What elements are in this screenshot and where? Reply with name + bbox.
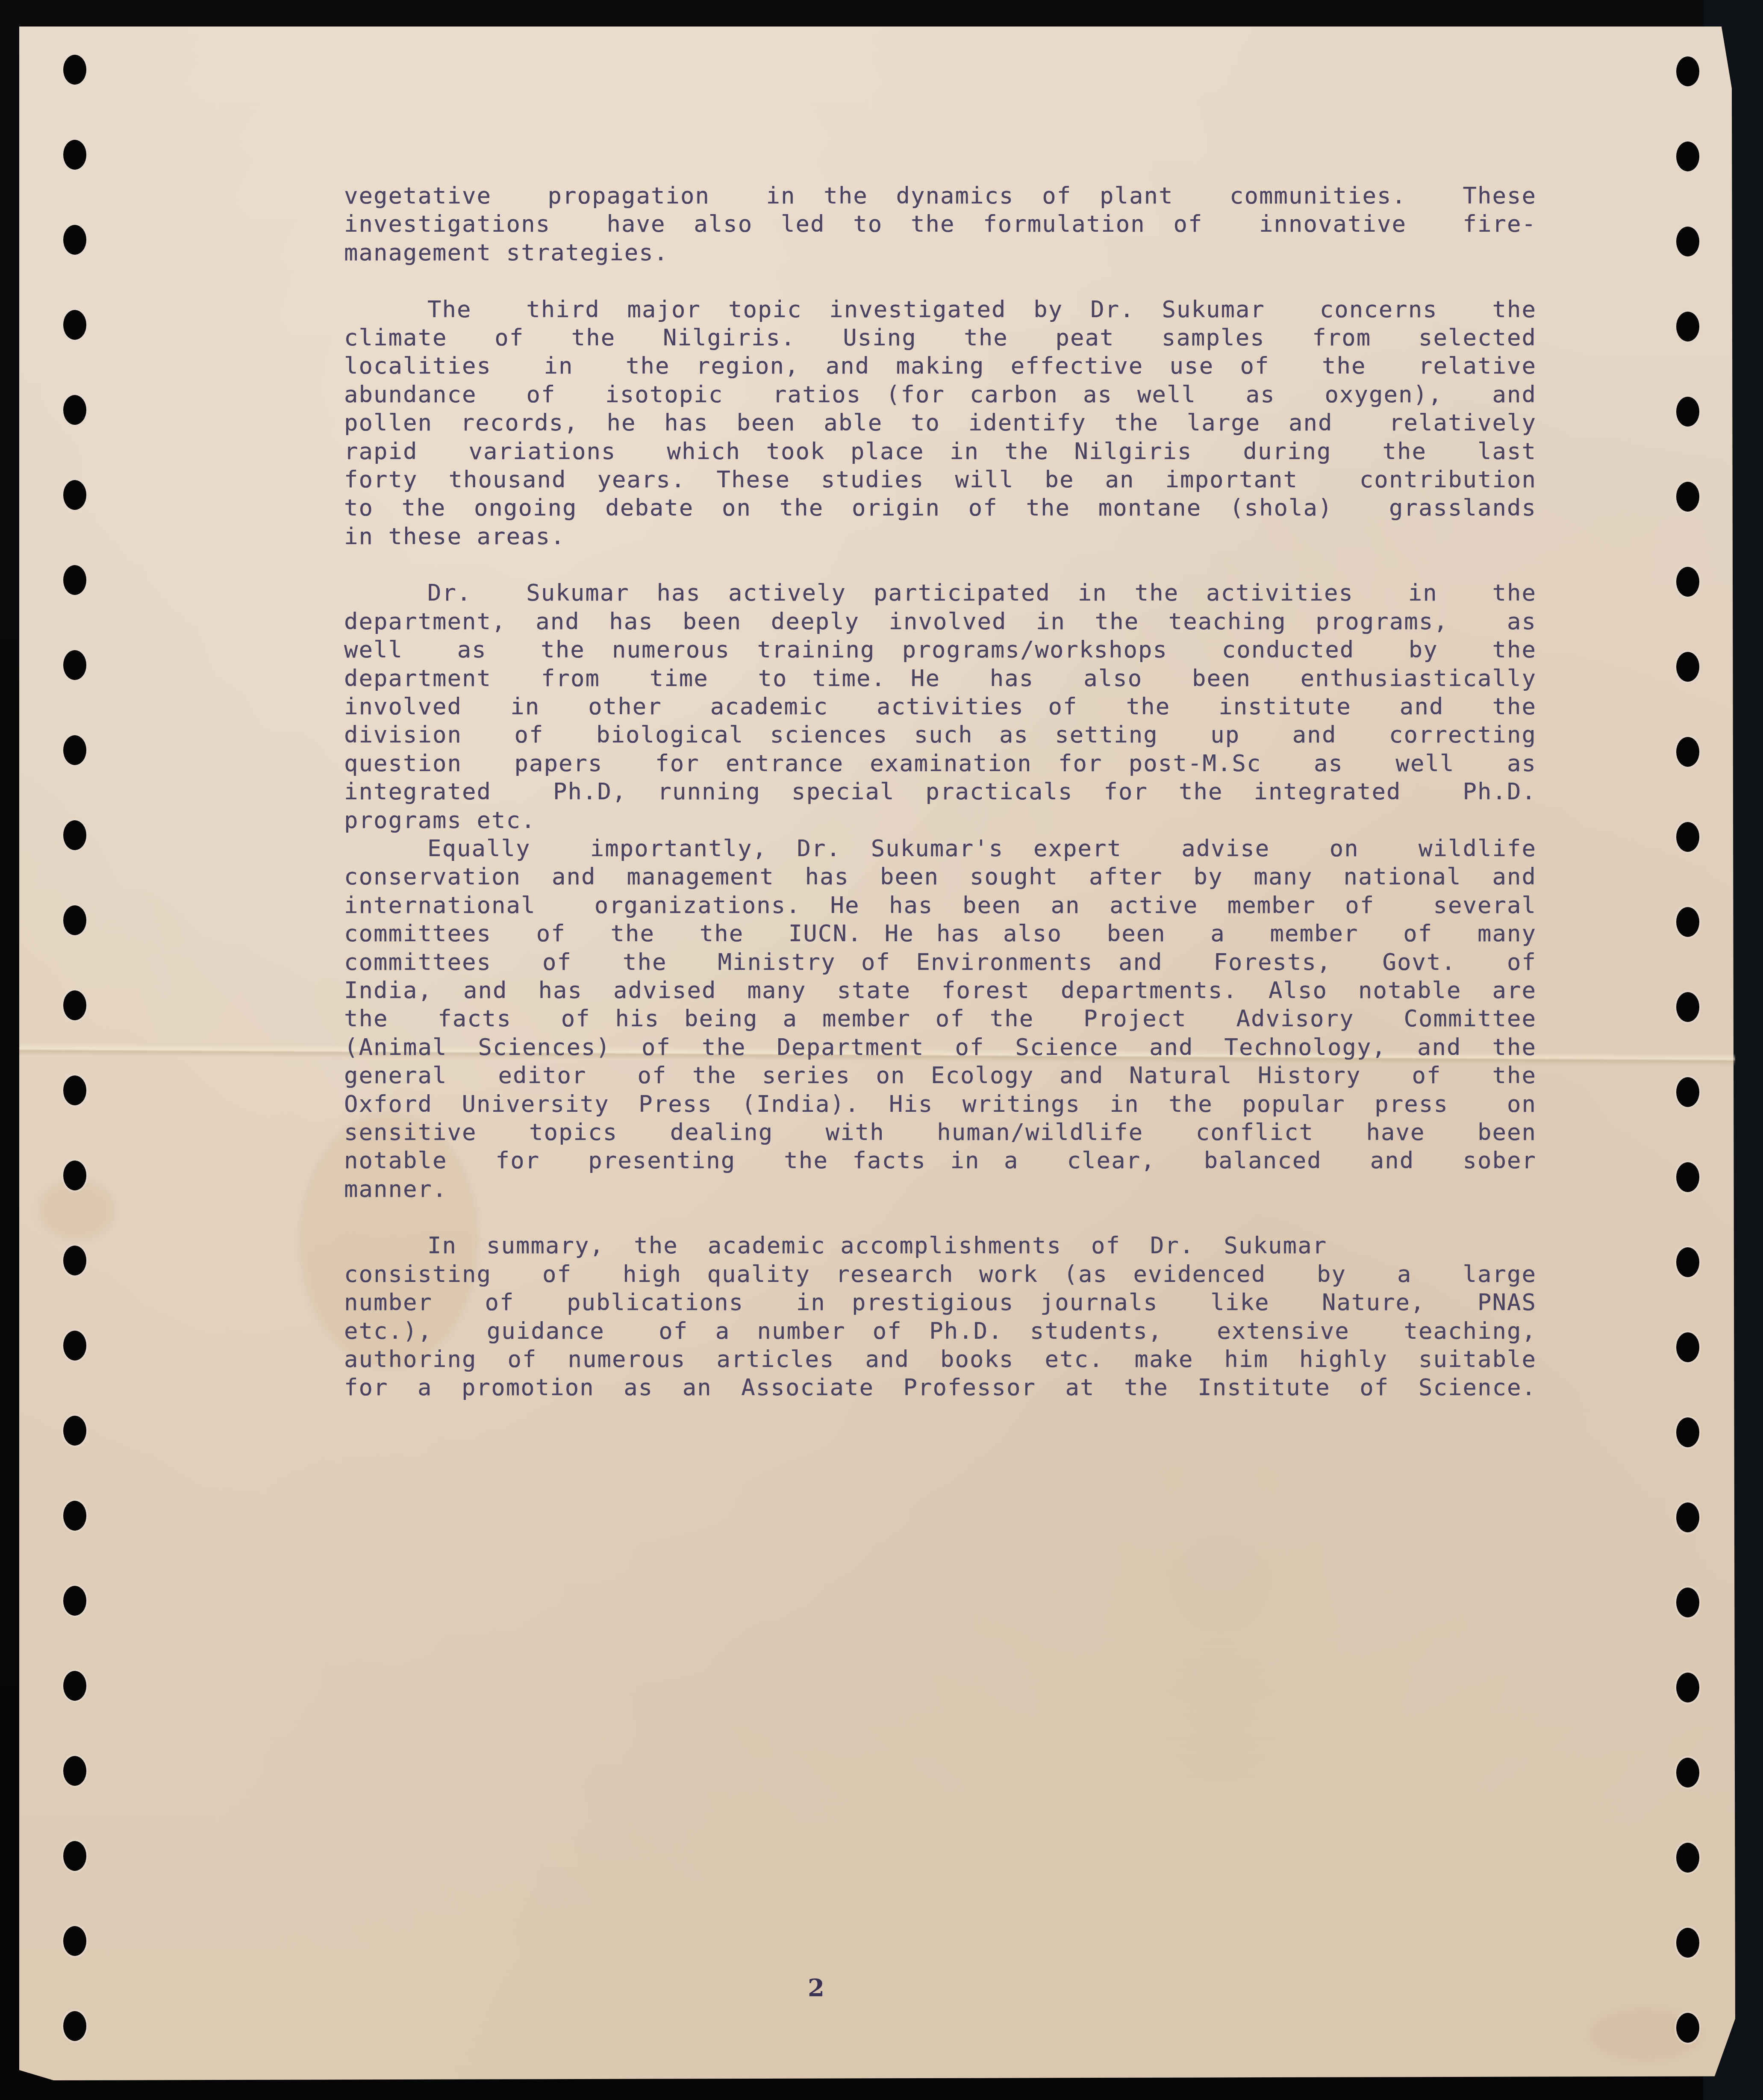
text-line: international organizations. He has been… — [344, 891, 1536, 919]
tractor-hole — [63, 1756, 86, 1786]
tractor-hole — [63, 1331, 86, 1361]
text-line: consisting of high quality research work… — [344, 1260, 1536, 1288]
text-line: Oxford University Press (India). His wri… — [344, 1090, 1536, 1118]
text-line: involved in other academic activities of… — [344, 692, 1536, 721]
tractor-hole — [1676, 141, 1699, 171]
tractor-hole — [63, 1075, 86, 1105]
text-line: rapid variations which took place in the… — [344, 437, 1536, 465]
tractor-hole — [1676, 1162, 1699, 1192]
text-line: committees of the Ministry of Environmen… — [344, 948, 1536, 976]
text-line: Equally importantly, Dr. Sukumar's exper… — [344, 834, 1536, 863]
text-line: the facts of his being a member of the P… — [344, 1004, 1536, 1033]
text-line: in these areas. — [344, 522, 1536, 551]
text-line: department, and has been deeply involved… — [344, 607, 1536, 636]
tractor-hole — [1676, 56, 1699, 86]
tractor-hole — [63, 140, 86, 170]
tractor-hole — [1676, 312, 1699, 342]
text-line: committees of the the IUCN. He has also … — [344, 919, 1536, 948]
tractor-hole — [63, 990, 86, 1020]
tractor-hole — [63, 1841, 86, 1871]
text-line: (Animal Sciences) of the Department of S… — [344, 1033, 1536, 1061]
tractor-hole — [1676, 822, 1699, 852]
text-line: division of biological sciences such as … — [344, 721, 1536, 749]
tractor-hole — [63, 1160, 86, 1190]
tractor-hole — [63, 905, 86, 935]
tractor-hole — [63, 310, 86, 340]
tractor-hole — [1676, 2013, 1699, 2043]
text-line: abundance of isotopic ratios (for carbon… — [344, 380, 1536, 409]
tractor-hole — [63, 1501, 86, 1531]
text-line: localities in the region, and making eff… — [344, 352, 1536, 380]
tractor-hole — [1676, 992, 1699, 1022]
text-line: pollen records, he has been able to iden… — [344, 409, 1536, 437]
text-line: programs etc. — [344, 806, 1536, 834]
document-body: vegetative propagation in the dynamics o… — [344, 182, 1536, 1402]
paragraph: In summary, the academic accomplishments… — [344, 1231, 1536, 1402]
tractor-hole — [1676, 1673, 1699, 1702]
tractor-hole — [1676, 1502, 1699, 1532]
paragraph: Dr. Sukumar has actively participated in… — [344, 579, 1536, 834]
tractor-hole — [1676, 907, 1699, 937]
tractor-hole — [63, 480, 86, 510]
text-line: number of publications in prestigious jo… — [344, 1288, 1536, 1317]
tractor-hole — [63, 1246, 86, 1275]
text-line: vegetative propagation in the dynamics o… — [344, 182, 1536, 210]
tractor-hole — [1676, 397, 1699, 427]
text-line: well as the numerous training programs/w… — [344, 636, 1536, 664]
tractor-hole — [1676, 1928, 1699, 1958]
text-line: sensitive topics dealing with human/wild… — [344, 1118, 1536, 1146]
paragraph: vegetative propagation in the dynamics o… — [344, 182, 1536, 267]
text-line: investigations have also led to the form… — [344, 210, 1536, 238]
tractor-hole — [63, 1416, 86, 1446]
text-line: In summary, the academic accomplishments… — [344, 1231, 1536, 1260]
text-line: The third major topic investigated by Dr… — [344, 295, 1536, 324]
tractor-hole — [63, 395, 86, 425]
page-number: 2 — [808, 1974, 824, 2002]
tractor-hole — [1676, 1758, 1699, 1788]
tractor-hole — [63, 55, 86, 85]
text-line: department from time to time. He has als… — [344, 664, 1536, 692]
tractor-hole — [63, 735, 86, 765]
tractor-hole — [63, 1926, 86, 1956]
tractor-hole — [63, 2011, 86, 2041]
paragraph-gap — [344, 551, 1536, 579]
tractor-hole — [63, 820, 86, 850]
tractor-hole — [63, 565, 86, 595]
text-line: Dr. Sukumar has actively participated in… — [344, 579, 1536, 607]
tractor-hole — [63, 650, 86, 680]
tractor-hole — [63, 225, 86, 255]
tractor-hole — [1676, 567, 1699, 597]
text-line: integrated Ph.D, running special practic… — [344, 778, 1536, 806]
tractor-hole — [63, 1671, 86, 1701]
text-line: question papers for entrance examination… — [344, 749, 1536, 778]
tractor-hole — [1676, 1077, 1699, 1107]
text-line: general editor of the series on Ecology … — [344, 1061, 1536, 1090]
text-line: climate of the Nilgiris. Using the peat … — [344, 324, 1536, 352]
tractor-hole — [1676, 737, 1699, 767]
tractor-hole — [1676, 482, 1699, 512]
tractor-hole — [63, 1586, 86, 1616]
tractor-hole — [1676, 227, 1699, 256]
tractor-hole — [1676, 1588, 1699, 1617]
text-line: India, and has advised many state forest… — [344, 976, 1536, 1004]
text-line: conservation and management has been sou… — [344, 863, 1536, 891]
text-line: for a promotion as an Associate Professo… — [344, 1373, 1536, 1402]
text-line: etc.), guidance of a number of Ph.D. stu… — [344, 1317, 1536, 1345]
text-line: forty thousand years. These studies will… — [344, 465, 1536, 494]
paragraph-gap — [344, 1203, 1536, 1231]
text-line: authoring of numerous articles and books… — [344, 1345, 1536, 1373]
text-line: management strategies. — [344, 239, 1536, 267]
tractor-hole — [1676, 652, 1699, 682]
paragraph: The third major topic investigated by Dr… — [344, 295, 1536, 551]
text-line: manner. — [344, 1175, 1536, 1203]
text-line: to the ongoing debate on the origin of t… — [344, 494, 1536, 522]
tractor-hole — [1676, 1247, 1699, 1277]
paragraph: Equally importantly, Dr. Sukumar's exper… — [344, 834, 1536, 1203]
text-line: notable for presenting the facts in a cl… — [344, 1146, 1536, 1175]
tractor-hole — [1676, 1417, 1699, 1447]
tractor-hole — [1676, 1332, 1699, 1362]
tractor-hole — [1676, 1843, 1699, 1873]
paragraph-gap — [344, 267, 1536, 295]
